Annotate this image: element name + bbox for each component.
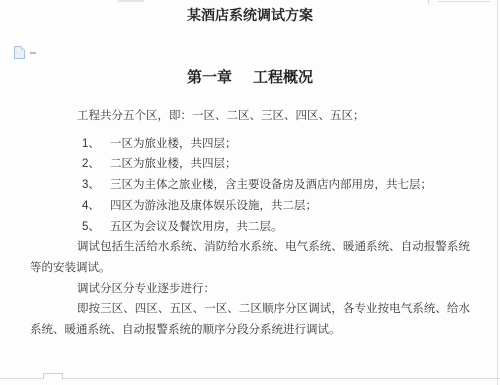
page-edge-line <box>438 1 490 2</box>
list-item: 1、一区为旅业楼，共四层； <box>30 134 470 155</box>
document-body: 工程共分五个区，即：一区、二区、三区、四区、五区； 1、一区为旅业楼，共四层； … <box>30 106 470 341</box>
list-item-text: 三区为主体之旅业楼，含主要设备房及酒店内部用房，共七层； <box>110 179 432 191</box>
paragraph-scope: 调试包括生活给水系统、消防给水系统、电气系统、暖通系统、自动报警系统等的安装调试… <box>30 237 470 278</box>
list-item: 5、五区为会议及餐饮用房，共二层。 <box>30 217 470 238</box>
list-item-number: 5、 <box>82 217 110 238</box>
document-title: 某酒店系统调试方案 <box>0 0 500 24</box>
list-item-number: 3、 <box>82 175 110 196</box>
list-item-text: 四区为游泳池及康体娱乐设施，共二层； <box>110 200 317 212</box>
frame-handle <box>43 373 63 379</box>
list-item: 2、二区为旅业楼，共四层； <box>30 154 470 175</box>
list-item-text: 一区为旅业楼，共四层； <box>110 138 237 150</box>
list-item-number: 4、 <box>82 196 110 217</box>
list-item-number: 2、 <box>82 154 110 175</box>
paragraph-intro: 工程共分五个区，即：一区、二区、三区、四区、五区； <box>30 106 470 127</box>
chapter-number: 第一章 <box>187 69 232 86</box>
list-item-text: 五区为会议及餐饮用房，共二层。 <box>110 221 283 233</box>
page-edge-tick <box>428 0 429 4</box>
dash-icon <box>30 52 36 54</box>
page-icon <box>14 46 25 59</box>
frame-boundary-line <box>0 378 500 379</box>
chapter-heading: 第一章工程概况 <box>0 68 500 87</box>
list-item: 4、四区为游泳池及康体娱乐设施，共二层； <box>30 196 470 217</box>
object-anchor-button[interactable] <box>13 45 39 61</box>
list-item-number: 1、 <box>82 134 110 155</box>
page-edge-mark <box>118 0 144 2</box>
list-item-text: 二区为旅业楼，共四层； <box>110 158 237 170</box>
paragraph-procedure: 即按三区、四区、五区、一区、二区顺序分区调试，各专业按电气系统、给水系统、暖通系… <box>30 299 470 340</box>
list-item: 3、三区为主体之旅业楼，含主要设备房及酒店内部用房，共七层； <box>30 175 470 196</box>
paragraph-procedure-lead: 调试分区分专业逐步进行： <box>30 279 470 300</box>
chapter-title: 工程概况 <box>253 69 313 86</box>
page-right-border <box>497 0 498 385</box>
document-page: 某酒店系统调试方案 第一章工程概况 工程共分五个区，即：一区、二区、三区、四区、… <box>0 0 500 385</box>
